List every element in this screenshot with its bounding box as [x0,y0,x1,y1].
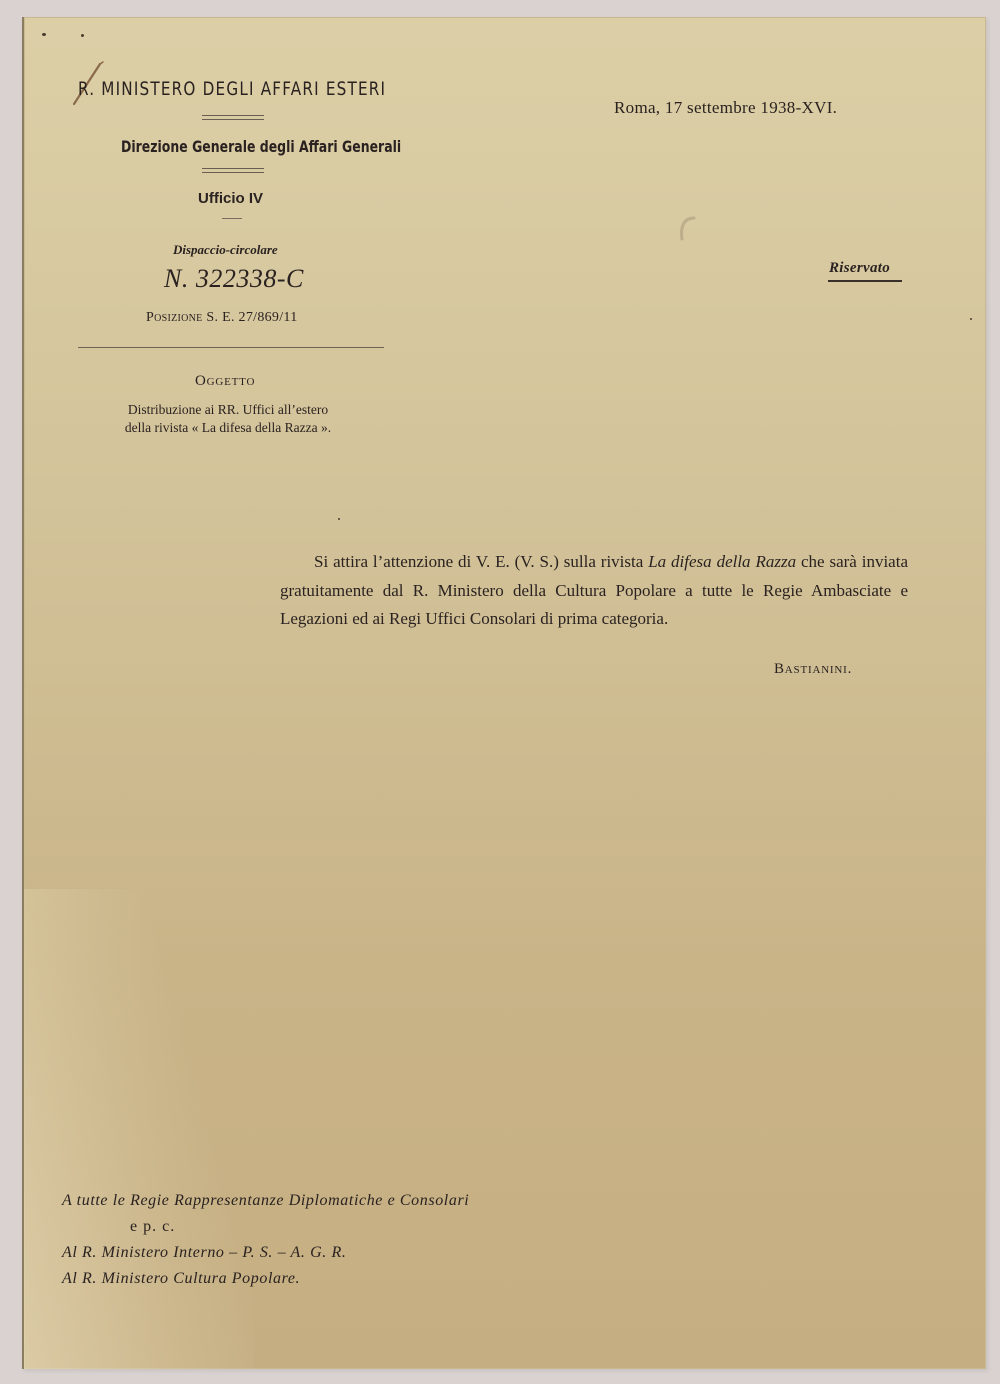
section-divider [78,347,384,348]
paper-speck [970,318,972,320]
classification-label: Riservato [829,260,890,277]
body-paragraph: Si attira l’attenzione di V. E. (V. S.) … [280,548,908,634]
distribution-epc: e p. c. [62,1214,469,1240]
magazine-title: La difesa della Razza [648,552,796,571]
header-divider [202,168,264,173]
ministry-heading: R. MINISTERO DEGLI AFFARI ESTERI [78,78,390,100]
signature: Bastianini. [774,661,852,678]
distribution-list: A tutte le Regie Rappresentanze Diplomat… [62,1188,469,1292]
document-page [22,17,986,1369]
distribution-line: Al R. Ministero Interno – P. S. – A. G. … [62,1240,469,1266]
oggetto-line: Distribuzione ai RR. Uffici all’estero [90,401,366,419]
posizione-label: Posizione [146,310,203,325]
body-text-part1: Si attira l’attenzione di V. E. (V. S.) … [314,552,648,571]
paper-speck [338,518,340,520]
classification-underline [828,280,902,282]
oggetto-text: Distribuzione ai RR. Uffici all’estero d… [90,401,366,437]
distribution-line: A tutte le Regie Rappresentanze Diplomat… [62,1188,469,1214]
posizione-line: Posizione S. E. 27/869/11 [146,310,298,326]
dispaccio-label: Dispaccio-circolare [173,242,278,258]
distribution-line: Al R. Ministero Cultura Popolare. [62,1266,469,1292]
oggetto-label: Oggetto [195,373,255,390]
paper-stain-mark [676,215,698,243]
document-date: Roma, 17 settembre 1938-XVI. [614,98,837,118]
header-divider [222,218,242,219]
circular-number: N. 322338-C [164,264,304,294]
header-divider [202,115,264,120]
paper-speck [42,33,46,36]
posizione-value: S. E. 27/869/11 [206,310,297,325]
oggetto-line: della rivista « La difesa della Razza ». [90,419,366,437]
paper-speck [81,34,84,37]
direzione-heading: Direzione Generale degli Affari Generali [121,137,401,156]
ufficio-heading: Ufficio IV [198,190,263,207]
